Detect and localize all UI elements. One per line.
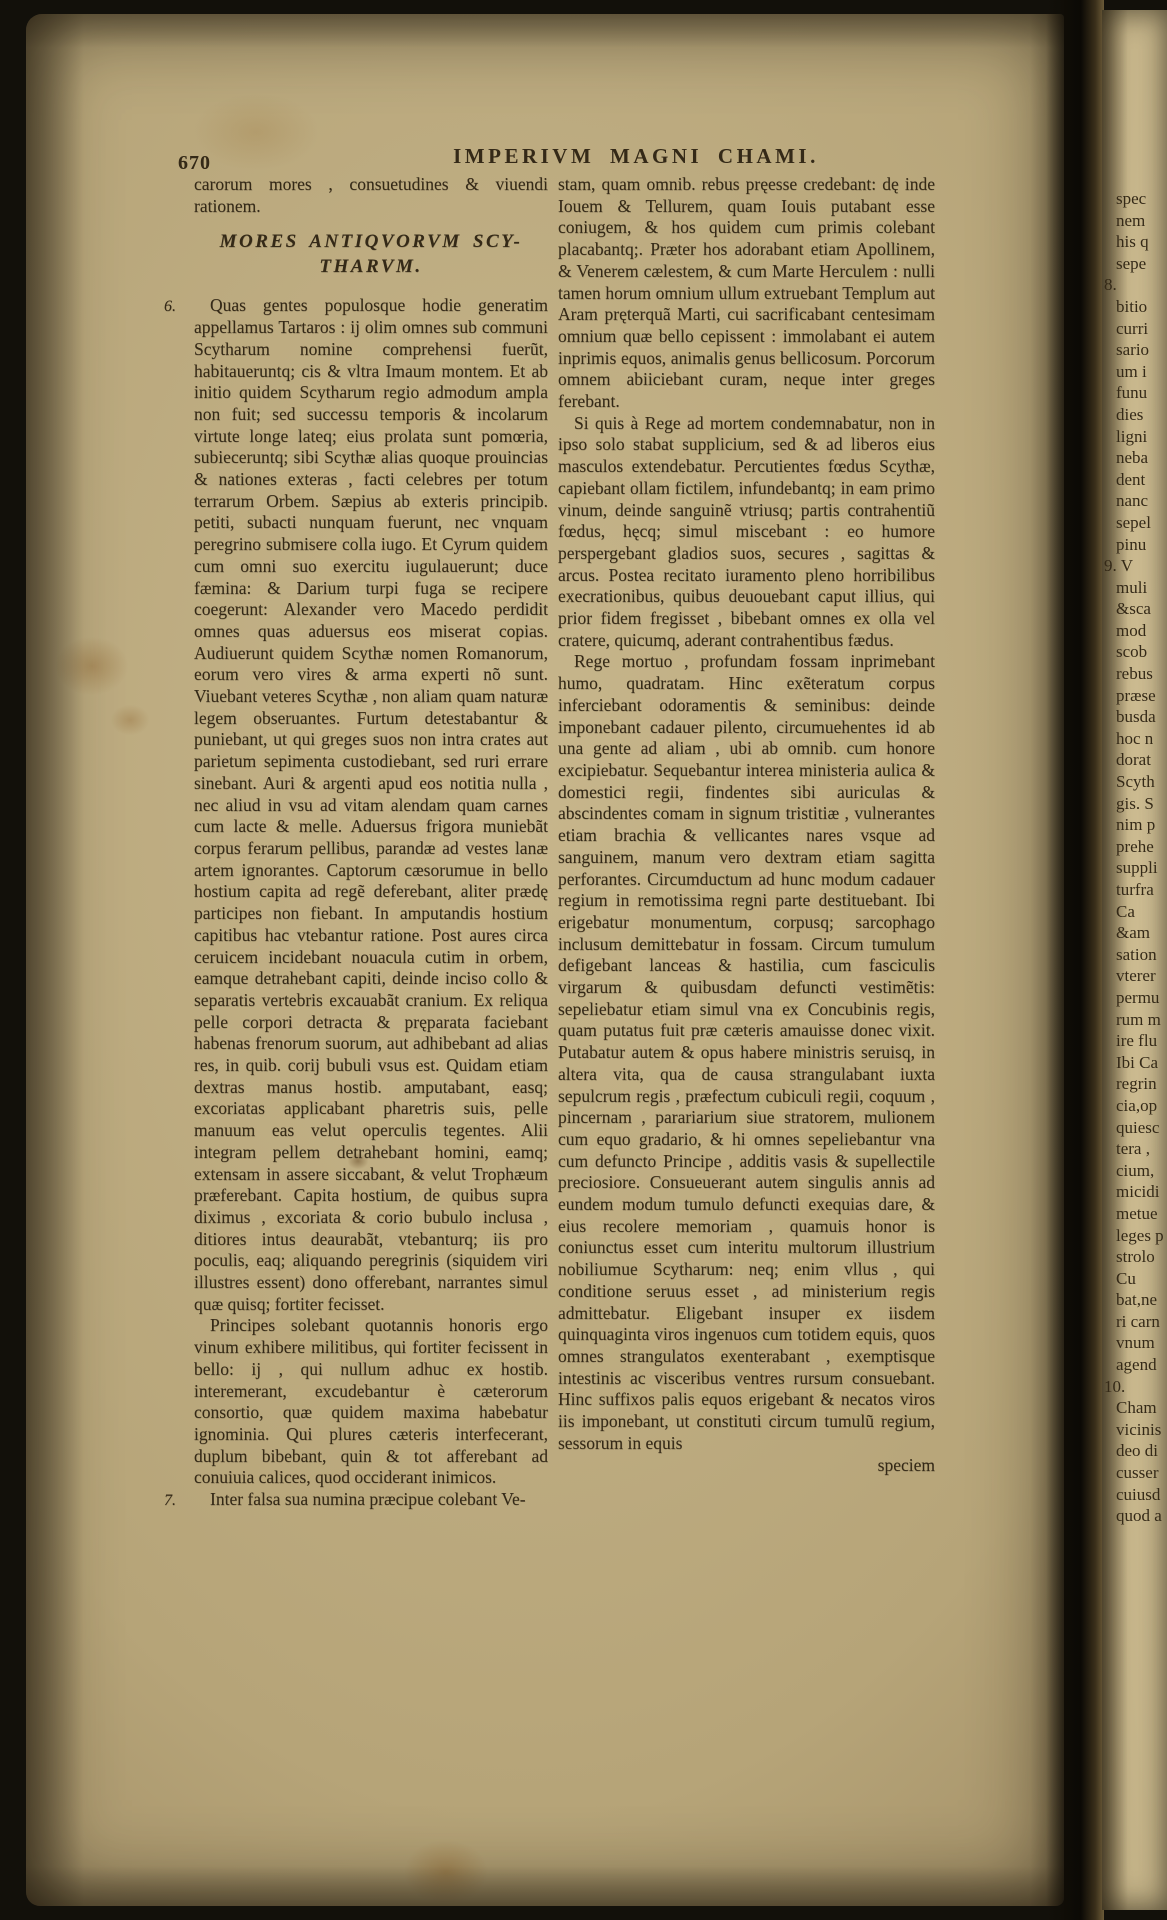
- paragraph-text: Inter falsa sua numina præcipue colebant…: [194, 1489, 548, 1511]
- margin-fragment: his q: [1116, 231, 1167, 253]
- margin-fragment: gis. S: [1116, 793, 1167, 815]
- margin-fragment: deo di: [1116, 1440, 1167, 1462]
- margin-fragment: &sca: [1116, 598, 1167, 620]
- margin-fragment: 9. V: [1104, 555, 1167, 577]
- margin-fragment: bitio: [1116, 296, 1167, 318]
- paragraph-text: carorum mores , consuetudines & viuendi …: [194, 174, 548, 216]
- margin-fragment: rebus: [1116, 663, 1167, 685]
- margin-fragment: ire flu: [1116, 1030, 1167, 1052]
- margin-fragment: ri carn: [1116, 1311, 1167, 1333]
- paragraph-text: Si quis à Rege ad mortem condemnabatur, …: [558, 413, 935, 652]
- margin-fragment: cia,op: [1116, 1095, 1167, 1117]
- margin-fragment: funu: [1116, 382, 1167, 404]
- margin-fragment: 8.: [1104, 274, 1167, 296]
- margin-fragment: turfra: [1116, 879, 1167, 901]
- margin-fragment: sepe: [1116, 253, 1167, 275]
- paragraph-text: Principes solebant quotannis honoris erg…: [194, 1315, 548, 1489]
- margin-fragment: ligni: [1116, 426, 1167, 448]
- running-header: IMPERIVM MAGNI CHAMI.: [356, 144, 916, 169]
- margin-fragment: nem: [1116, 210, 1167, 232]
- paragraph-text: stam, quam omnib. rebus pręesse credeban…: [558, 174, 935, 411]
- margin-fragment: mod: [1116, 620, 1167, 642]
- margin-fragment: metue: [1116, 1203, 1167, 1225]
- margin-fragment: Scyth: [1116, 771, 1167, 793]
- margin-fragment: cusser: [1116, 1462, 1167, 1484]
- margin-fragment: scob: [1116, 641, 1167, 663]
- margin-fragment: nim p: [1116, 814, 1167, 836]
- left-page-paper: 670 IMPERIVM MAGNI CHAMI. carorum mores …: [26, 14, 1064, 1906]
- margin-fragment: rum m: [1116, 1009, 1167, 1031]
- paragraph: 6.Quas gentes populosque hodie generatim…: [194, 295, 548, 1315]
- margin-fragment: 10.: [1104, 1376, 1167, 1398]
- margin-fragment: permu: [1116, 987, 1167, 1009]
- section-heading-line: MORES ANTIQVORVM SCY-: [194, 229, 548, 254]
- margin-fragment: Ibi Ca: [1116, 1052, 1167, 1074]
- margin-fragment: nanc: [1116, 490, 1167, 512]
- section-heading-line: THARVM.: [194, 254, 548, 279]
- margin-fragment: spec: [1116, 188, 1167, 210]
- margin-fragment: præse: [1116, 685, 1167, 707]
- paragraph: stam, quam omnib. rebus pręesse credeban…: [558, 174, 935, 413]
- margin-fragment: Cu: [1116, 1268, 1167, 1290]
- text-column-left: carorum mores , consuetudines & viuendi …: [194, 174, 548, 1511]
- margin-fragment: hoc n: [1116, 728, 1167, 750]
- margin-fragment: sepel: [1116, 512, 1167, 534]
- margin-fragment: leges p: [1116, 1225, 1167, 1247]
- margin-paragraph-number: 7.: [164, 1490, 190, 1512]
- paragraph: 7.Inter falsa sua numina præcipue coleba…: [194, 1489, 548, 1511]
- margin-fragment: agend: [1116, 1354, 1167, 1376]
- margin-fragment: regrin: [1116, 1073, 1167, 1095]
- margin-fragment: um i: [1116, 361, 1167, 383]
- margin-fragment: Cham: [1116, 1397, 1167, 1419]
- next-page-margin-fragments: specnemhis qsepe8.bitiocurrisarioum ifun…: [1116, 188, 1167, 1527]
- margin-fragment: neba: [1116, 447, 1167, 469]
- margin-fragment: quod a: [1116, 1505, 1167, 1527]
- margin-fragment: sario: [1116, 339, 1167, 361]
- margin-fragment: &am: [1116, 922, 1167, 944]
- text-column-right: stam, quam omnib. rebus pręesse credeban…: [558, 174, 935, 1477]
- margin-fragment: prehe: [1116, 836, 1167, 858]
- margin-fragment: suppli: [1116, 857, 1167, 879]
- book-page-scan: 670 IMPERIVM MAGNI CHAMI. carorum mores …: [0, 0, 1167, 1920]
- margin-fragment: muli: [1116, 577, 1167, 599]
- margin-fragment: vnum: [1116, 1332, 1167, 1354]
- margin-paragraph-number: 6.: [164, 296, 190, 318]
- margin-fragment: pinu: [1116, 534, 1167, 556]
- margin-fragment: strolo: [1116, 1246, 1167, 1268]
- margin-fragment: sation: [1116, 944, 1167, 966]
- paragraph: Principes solebant quotannis honoris erg…: [194, 1315, 548, 1489]
- catchword: speciem: [878, 1455, 935, 1475]
- next-page-edge: specnemhis qsepe8.bitiocurrisarioum ifun…: [1102, 10, 1167, 1910]
- paragraph: carorum mores , consuetudines & viuendi …: [194, 174, 548, 217]
- margin-fragment: cuiusd: [1116, 1484, 1167, 1506]
- margin-fragment: tera ,: [1116, 1138, 1167, 1160]
- paragraph: Rege mortuo , profundam fossam inprimeba…: [558, 651, 935, 1454]
- margin-fragment: micidi: [1116, 1181, 1167, 1203]
- margin-fragment: dies: [1116, 404, 1167, 426]
- margin-fragment: Ca: [1116, 901, 1167, 923]
- paragraph-text: Rege mortuo , profundam fossam inprimeba…: [558, 651, 935, 1454]
- margin-fragment: quiesc: [1116, 1117, 1167, 1139]
- paragraph-text: Quas gentes populosque hodie generatim a…: [194, 295, 548, 1315]
- margin-fragment: vterer: [1116, 965, 1167, 987]
- margin-fragment: busda: [1116, 706, 1167, 728]
- margin-fragment: cium,: [1116, 1160, 1167, 1182]
- margin-fragment: curri: [1116, 318, 1167, 340]
- margin-fragment: dent: [1116, 469, 1167, 491]
- page-number: 670: [178, 152, 211, 175]
- margin-fragment: dorat: [1116, 749, 1167, 771]
- page-gutter-shadow: [1046, 0, 1104, 1920]
- margin-fragment: bat,ne: [1116, 1289, 1167, 1311]
- margin-fragment: vicinis: [1116, 1419, 1167, 1441]
- section-heading: MORES ANTIQVORVM SCY-THARVM.: [194, 229, 548, 279]
- paragraph: Si quis à Rege ad mortem condemnabatur, …: [558, 413, 935, 652]
